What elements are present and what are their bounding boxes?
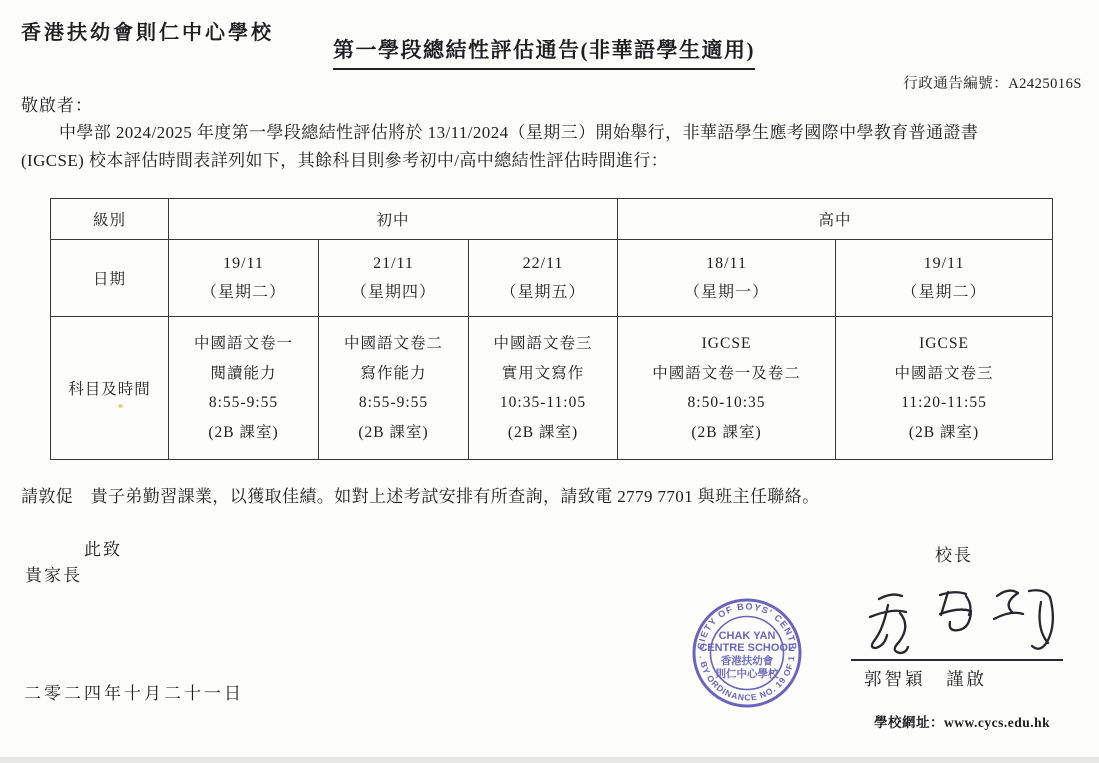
subject-paper: 中國語文卷三 — [469, 329, 617, 359]
subject-time: 8:50-10:35 — [618, 388, 835, 418]
closing-paragraph: 請敦促 貴子弟勤習課業，以獲取佳績。如對上述考試安排有所查詢，請致電 2779 … — [21, 482, 820, 507]
recipient-label: 貴家長 — [25, 561, 82, 586]
subject-room: (2B 課室) — [169, 418, 318, 448]
subject-cell: 中國語文卷二 寫作能力 8:55-9:55 (2B 課室) — [319, 317, 469, 460]
scan-speck — [118, 404, 123, 408]
date-cell: 19/11 （星期二） — [836, 240, 1053, 317]
subject-paper: IGCSE — [618, 329, 835, 359]
valediction: 此致 — [84, 535, 122, 560]
subject-paper: IGCSE — [836, 329, 1052, 359]
stamp-graphic: SOCIETY OF BOYS' CENTRES INC. BY ORDINAN… — [690, 596, 804, 710]
school-name: 香港扶幼會則仁中心學校 — [21, 16, 274, 45]
subject-room: (2B 課室) — [319, 418, 468, 448]
weekday-value: （星期五） — [469, 278, 617, 307]
school-website: 學校網址：www.cycs.edu.hk — [874, 711, 1050, 731]
page-title: 第一學段總結性評估通告(非華語學生適用) — [333, 34, 755, 70]
scan-edge-artifact — [0, 757, 1099, 763]
weekday-value: （星期二） — [169, 278, 318, 307]
row-header-subject-time: 科目及時間 — [51, 317, 169, 460]
subject-time: 8:55-9:55 — [169, 388, 318, 418]
subject-skill: 中國語文卷一及卷二 — [618, 359, 835, 389]
subject-skill: 中國語文卷三 — [836, 359, 1052, 389]
subject-skill: 寫作能力 — [319, 359, 468, 389]
date-value: 22/11 — [469, 249, 617, 278]
subject-room: (2B 課室) — [618, 418, 835, 448]
date-cell: 18/11 （星期一） — [618, 240, 836, 317]
subject-cell: 中國語文卷一 閱讀能力 8:55-9:55 (2B 課室) — [169, 317, 319, 460]
subject-skill: 閱讀能力 — [169, 359, 318, 389]
stamp-center-line1: CHAK YAN — [719, 630, 776, 642]
subject-time: 10:35-11:05 — [469, 388, 617, 418]
notice-document: 香港扶幼會則仁中心學校 第一學段總結性評估通告(非華語學生適用) 行政通告編號：… — [0, 0, 1099, 763]
salutation: 敬啟者： — [21, 91, 93, 116]
date-cell: 21/11 （星期四） — [319, 240, 469, 317]
weekday-value: （星期二） — [836, 278, 1052, 307]
exam-timetable: 級別 初中 高中 日期 19/11 （星期二） 21/11 （星期四） 22/1… — [50, 198, 1053, 460]
stamp-center-line3: 香港扶幼會 — [721, 654, 774, 667]
subject-cell: IGCSE 中國語文卷一及卷二 8:50-10:35 (2B 課室) — [618, 317, 836, 460]
date-value: 19/11 — [169, 249, 318, 278]
row-header-date: 日期 — [51, 240, 169, 317]
weekday-value: （星期四） — [319, 278, 468, 307]
principal-name: 郭智穎 謹啟 — [864, 666, 987, 691]
table-row-level: 級別 初中 高中 — [51, 199, 1053, 240]
date-value: 19/11 — [836, 249, 1052, 278]
stamp-center-line2: CENTRE SCHOOL — [699, 642, 795, 654]
section-junior: 初中 — [169, 199, 618, 240]
row-header-level: 級別 — [51, 199, 169, 240]
section-senior: 高中 — [618, 199, 1053, 240]
school-stamp: SOCIETY OF BOYS' CENTRES INC. BY ORDINAN… — [690, 596, 804, 710]
body-text-line-1: 中學部 2024/2025 年度第一學段總結性評估將於 13/11/2024（星… — [59, 118, 978, 143]
admin-notice-number: 行政通告編號：A2425016S — [903, 72, 1082, 93]
subject-paper: 中國語文卷一 — [169, 329, 318, 359]
body-text-line-2: (IGCSE) 校本評估時間表詳列如下，其餘科目則參考初中/高中總結性評估時間進… — [21, 146, 668, 171]
signature-line — [851, 659, 1063, 661]
table-row-date: 日期 19/11 （星期二） 21/11 （星期四） 22/11 （星期五） 1… — [51, 240, 1053, 317]
subject-cell: 中國語文卷三 實用文寫作 10:35-11:05 (2B 課室) — [469, 317, 618, 460]
subject-cell: IGCSE 中國語文卷三 11:20-11:55 (2B 課室) — [836, 317, 1053, 460]
document-date: 二零二四年十月二十一日 — [24, 679, 244, 704]
date-value: 21/11 — [319, 249, 468, 278]
subject-room: (2B 課室) — [836, 418, 1052, 448]
principal-label: 校長 — [935, 541, 973, 566]
subject-room: (2B 課室) — [469, 418, 617, 448]
table-row-subject: 科目及時間 中國語文卷一 閱讀能力 8:55-9:55 (2B 課室) 中國語文… — [51, 317, 1053, 460]
subject-time: 8:55-9:55 — [319, 388, 468, 418]
date-value: 18/11 — [618, 249, 835, 278]
date-cell: 22/11 （星期五） — [469, 240, 618, 317]
subject-paper: 中國語文卷二 — [319, 329, 468, 359]
weekday-value: （星期一） — [618, 278, 835, 307]
date-cell: 19/11 （星期二） — [169, 240, 319, 317]
subject-time: 11:20-11:55 — [836, 388, 1052, 418]
stamp-center-line4: 則仁中心學校 — [716, 667, 779, 680]
subject-skill: 實用文寫作 — [469, 359, 617, 389]
